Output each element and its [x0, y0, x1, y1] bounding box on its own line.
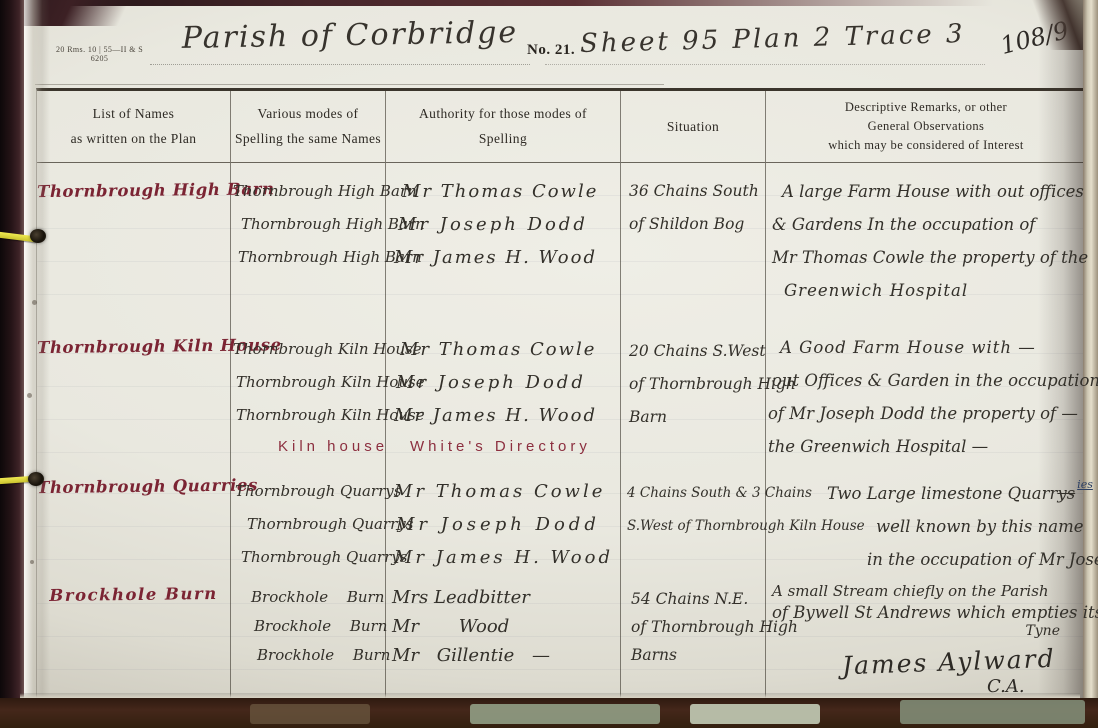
authority-entry: Mr James H. Wood [394, 241, 620, 274]
authority-entry-printed: White's Directory [410, 432, 620, 462]
situation-line: 36 Chains South [629, 175, 765, 208]
spellings-cell: Thornbrough High Barn Thornbrough High B… [231, 163, 386, 321]
stamp-line2: 6205 [91, 54, 109, 63]
situation-cell: 4 Chains South & 3 Chains S.West of Thor… [621, 461, 766, 571]
authority-entry: Mr Joseph Dodd [396, 366, 620, 399]
spelling-entry: Thornbrough Quarrys [247, 508, 385, 541]
spellings-cell: Thornbrough Kiln House Thornbrough Kiln … [231, 321, 386, 461]
authority-cell: Mr Thomas Cowle Mr Joseph Dodd Mr James … [386, 163, 621, 321]
authority-entry: Mr James H. Wood [394, 399, 620, 432]
remark-line: A large Farm House with out offices [782, 175, 1086, 208]
remark-line: in the occupation of Mr Joseph Dodd [867, 543, 1086, 576]
spelling-entry: Thornbrough Kiln House [236, 399, 385, 432]
name-book-table: List of Names as written on the Plan Var… [36, 88, 1087, 703]
under-page-patch [900, 700, 1085, 724]
spelling-entry: Brockhole Burn [254, 612, 385, 641]
correction-text: ies [1077, 468, 1093, 501]
situation-cell: 54 Chains N.E. of Thornbrough High Barns [621, 571, 766, 703]
header-situation: Situation [621, 91, 766, 163]
authority-cell: Mrs Leadbitter Mr Wood Mr Gillentie — [386, 571, 621, 703]
header-list-of-names: List of Names as written on the Plan [37, 91, 231, 163]
page-left-edge [24, 0, 50, 700]
under-page-patch [690, 704, 820, 724]
situation-line: of Thornbrough High [631, 613, 765, 641]
authority-entry: Mr Thomas Cowle [402, 175, 620, 208]
authority-entry: Mr Thomas Cowle [394, 475, 620, 508]
under-page-patch [250, 704, 370, 724]
header-text: Spelling the same Names [235, 131, 381, 147]
remark-line: well known by this name [876, 510, 1086, 543]
header-text: List of Names [93, 106, 175, 122]
punch-hole-small [30, 560, 34, 564]
remark-line: out Offices & Garden in the occupation [772, 364, 1086, 397]
spelling-entry: Thornbrough Kiln House [233, 333, 385, 366]
situation-cell: 36 Chains South of Shildon Bog [621, 163, 766, 321]
stamp-line1: 20 Rms. 10 | 55—II & S [56, 45, 143, 54]
spellings-cell: Thornbrough Quarrys Thornbrough Quarrys … [231, 461, 386, 571]
remark-line: the Greenwich Hospital — [768, 430, 1086, 463]
plan-name: Thornbrough Quarries [37, 476, 230, 497]
name-cell: Thornbrough High Barn [37, 163, 231, 321]
name-cell: Thornbrough Kiln House [37, 321, 231, 461]
form-dotted-line [150, 64, 530, 65]
spelling-entry: Thornbrough High Barn [238, 241, 385, 274]
spelling-entry-printed: Kiln house [278, 432, 385, 462]
authority-cell: Mr Thomas Cowle Mr Joseph Dodd Mr James … [386, 321, 621, 461]
remark-line: Mr Thomas Cowle the property of the [772, 241, 1086, 274]
authority-entry: Mr Gillentie — [392, 641, 620, 670]
punch-hole-small [32, 300, 37, 305]
sheet-plan-trace: Sheet 95 Plan 2 Trace 3 [580, 19, 966, 59]
sheet-number-label: No. 21. [527, 42, 575, 59]
authority-entry: Mr Wood [392, 612, 620, 641]
situation-line: 20 Chains S.West [629, 335, 765, 368]
remark-line: A Good Farm House with — [780, 331, 1086, 364]
header-spelling-modes: Various modes of Spelling the same Names [231, 91, 386, 163]
spelling-entry: Thornbrough High Barn [241, 208, 385, 241]
plan-name: Thornbrough High Barn [37, 180, 230, 201]
remark-line: Greenwich Hospital [784, 274, 1086, 307]
header-text: as written on the Plan [71, 131, 197, 147]
remark-line: Tyne [772, 623, 1060, 639]
spelling-entry: Thornbrough Quarrys [241, 541, 385, 574]
plan-name: Brockhole Burn [37, 584, 230, 605]
punch-hole [28, 472, 44, 486]
remark-line: A small Stream chiefly on the Parish [772, 579, 1086, 603]
authority-entry: Mr Thomas Cowle [400, 333, 620, 366]
remarks-cell: Two Large limestone Quarrysies well know… [766, 461, 1086, 571]
situation-line: of Thornbrough High [629, 368, 765, 401]
remark-line: of Bywell St Andrews which empties itsel… [772, 603, 1086, 623]
book-spine [0, 0, 24, 728]
header-text: Spelling [479, 131, 527, 147]
authority-entry: Mr James H. Wood [394, 541, 620, 574]
situation-line: 54 Chains N.E. [631, 585, 765, 613]
situation-line: Barn [629, 401, 765, 434]
plan-name: Thornbrough Kiln House [37, 336, 230, 357]
name-cell: Thornbrough Quarries [37, 461, 231, 571]
remark-text: Two Large limestone Quarr [827, 484, 1057, 503]
remark-line: & Gardens In the occupation of [772, 208, 1086, 241]
remark-line: of Mr Joseph Dodd the property of — [768, 397, 1086, 430]
header-text: Situation [667, 119, 719, 135]
remarks-cell: A Good Farm House with — out Offices & G… [766, 321, 1086, 461]
authority-cell: Mr Thomas Cowle Mr Joseph Dodd Mr James … [386, 461, 621, 571]
remark-line: Two Large limestone Quarrysies [827, 477, 1086, 510]
form-dotted-line [545, 64, 985, 65]
spelling-entry: Thornbrough High Barn [233, 175, 385, 208]
situation-line: of Shildon Bog [629, 208, 765, 241]
parish-title: Parish of Corbridge [165, 15, 536, 56]
remarks-cell: A large Farm House with out offices & Ga… [766, 163, 1086, 321]
ledger-photo: 20 Rms. 10 | 55—II & S 6205 Parish of Co… [0, 0, 1098, 728]
punch-hole [30, 229, 46, 243]
authority-entry: Mr Joseph Dodd [396, 508, 620, 541]
spelling-entry: Thornbrough Kiln House [236, 366, 385, 399]
header-text: which may be considered of Interest [828, 138, 1024, 153]
header-authority: Authority for those modes of Spelling [386, 91, 621, 163]
photo-top-edge [0, 0, 1045, 6]
situation-line: Barns [631, 641, 765, 669]
under-page-patch [470, 704, 660, 724]
header-text: Descriptive Remarks, or other [845, 100, 1007, 115]
situation-cell: 20 Chains S.West of Thornbrough High Bar… [621, 321, 766, 461]
authority-entry: Mrs Leadbitter [392, 583, 620, 612]
printers-stamp: 20 Rms. 10 | 55—II & S 6205 [56, 45, 143, 63]
situation-line: S.West of Thornbrough Kiln House [627, 510, 765, 543]
spellings-cell: Brockhole Burn Brockhole Burn Brockhole … [231, 571, 386, 703]
struck-text: ys [1057, 484, 1075, 503]
spelling-entry: Brockhole Burn [257, 641, 385, 670]
header-text: Various modes of [258, 106, 359, 122]
situation-line: 4 Chains South & 3 Chains [627, 477, 765, 510]
authority-entry: Mr Joseph Dodd [398, 208, 620, 241]
header-text: General Observations [868, 119, 985, 134]
name-cell: Brockhole Burn [37, 571, 231, 703]
header-text: Authority for those modes of [419, 106, 587, 122]
punch-hole-small [27, 393, 32, 398]
spelling-entry: Thornbrough Quarrys [235, 475, 385, 508]
spelling-entry: Brockhole Burn [251, 583, 385, 612]
